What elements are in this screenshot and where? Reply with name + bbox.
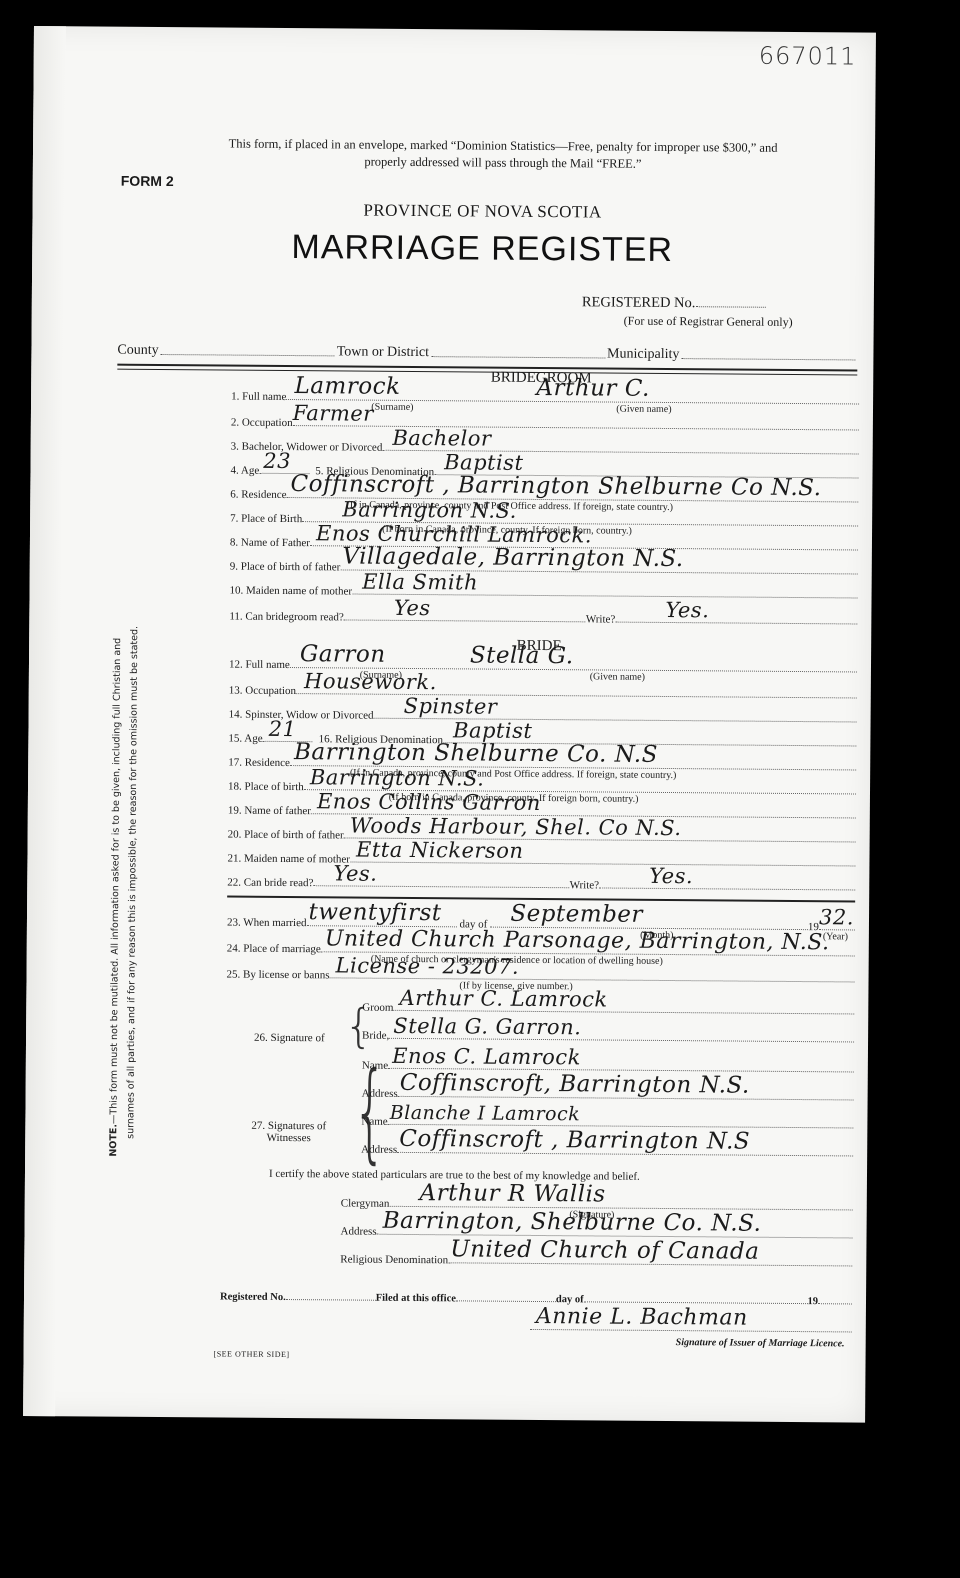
license-row: 25. By license or banns License - 23207.… xyxy=(227,962,855,987)
groom-mother-maiden-name-row: 10. Maiden name of mother Ella Smith xyxy=(230,578,858,603)
bride-occupation-row: 13. Occupation Housework. xyxy=(229,678,857,703)
province-heading: PROVINCE OF NOVA SCOTIA xyxy=(212,199,752,223)
town-field[interactable] xyxy=(431,345,605,358)
county-field[interactable] xyxy=(161,343,335,356)
place-of-marriage-row: 24. Place of marriage United Church Pars… xyxy=(227,936,855,961)
filed-day-field[interactable] xyxy=(456,1299,556,1302)
witness-2-address-row: Address Coffinscroft , Barrington N.S xyxy=(361,1137,853,1161)
bride-write-field[interactable]: Yes. xyxy=(599,886,855,890)
bride-literacy-row: 22. Can bride read? Yes. Write? Yes. xyxy=(227,870,855,895)
bride-marital-status-field[interactable]: Spinster xyxy=(374,717,857,723)
witness-2-address-field[interactable]: Coffinscroft , Barrington N.S xyxy=(397,1151,853,1157)
bride-mother-maiden-name-field[interactable]: Etta Nickerson xyxy=(350,861,856,867)
bride-father-birthplace-row: 20. Place of birth of father Woods Harbo… xyxy=(228,822,856,847)
postal-notice: This form, if placed in an envelope, mar… xyxy=(173,135,833,174)
issuer-signature-field[interactable]: Annie L. Bachman xyxy=(530,1328,852,1333)
groom-occupation-field[interactable]: Farmer xyxy=(293,424,859,430)
registered-number: REGISTERED No. xyxy=(582,294,766,312)
signature-of-label: 26. Signature of xyxy=(254,1032,325,1045)
groom-father-birthplace-row: 9. Place of birth of father Villagedale,… xyxy=(230,554,858,579)
license-field[interactable]: License - 23207. (If by license, give nu… xyxy=(329,976,854,982)
stamp-number: 667011 xyxy=(759,42,857,71)
clergy-denomination-row: Religious Denomination United Church of … xyxy=(340,1246,852,1270)
bride-signature-field[interactable]: Stella G. Garron. xyxy=(389,1037,854,1043)
registry-number-field[interactable] xyxy=(286,1298,376,1301)
filed-year-field[interactable] xyxy=(818,1302,852,1304)
page-title: MARRIAGE REGISTER xyxy=(152,227,812,271)
filed-month-field[interactable] xyxy=(584,1300,808,1304)
groom-occupation-row: 2. Occupation Farmer xyxy=(231,410,859,435)
witnesses-label: 27. Signatures of Witnesses xyxy=(251,1120,326,1145)
form-number: FORM 2 xyxy=(121,173,174,189)
issuer-signature-caption: Signature of Issuer of Marriage Licence. xyxy=(676,1337,845,1349)
registrar-note: (For use of Registrar General only) xyxy=(624,314,793,330)
groom-write-field[interactable]: Yes. xyxy=(615,621,857,625)
see-other-side-note: [SEE OTHER SIDE] xyxy=(214,1349,290,1359)
bride-marital-status-row: 14. Spinster, Widow or Divorced Spinster xyxy=(229,702,857,727)
groom-literacy-row: 11. Can bridegroom read? Yes Write? Yes. xyxy=(229,604,857,629)
groom-marital-status-row: 3. Bachelor, Widower or Divorced Bachelo… xyxy=(231,434,859,459)
issuer-signature-row: Annie L. Bachman xyxy=(530,1314,852,1337)
side-note: NOTE.—This form must not be mutilated. A… xyxy=(105,517,144,1157)
marriage-register-form: 667011 This form, if placed in an envelo… xyxy=(23,26,876,1423)
registered-number-field[interactable] xyxy=(695,306,765,308)
bride-read-field[interactable]: Yes. xyxy=(313,884,569,888)
groom-residence-row: 6. Residence Coffinscroft , Barrington S… xyxy=(230,482,858,507)
witness-1-address-field[interactable]: Coffinscroft, Barrington N.S. xyxy=(398,1095,854,1101)
municipality-field[interactable] xyxy=(681,347,855,360)
location-header: County Town or District Municipality xyxy=(117,343,857,365)
clergy-denomination-field[interactable]: United Church of Canada xyxy=(448,1261,852,1266)
groom-read-field[interactable]: Yes xyxy=(344,618,586,622)
witness-1-address-row: Address Coffinscroft, Barrington N.S. xyxy=(362,1081,854,1105)
bride-mother-maiden-name-row: 21. Maiden name of mother Etta Nickerson xyxy=(227,846,855,871)
bride-signature-row: Bride, Stella G. Garron. xyxy=(362,1023,854,1047)
bride-occupation-field[interactable]: Housework. xyxy=(296,692,857,698)
